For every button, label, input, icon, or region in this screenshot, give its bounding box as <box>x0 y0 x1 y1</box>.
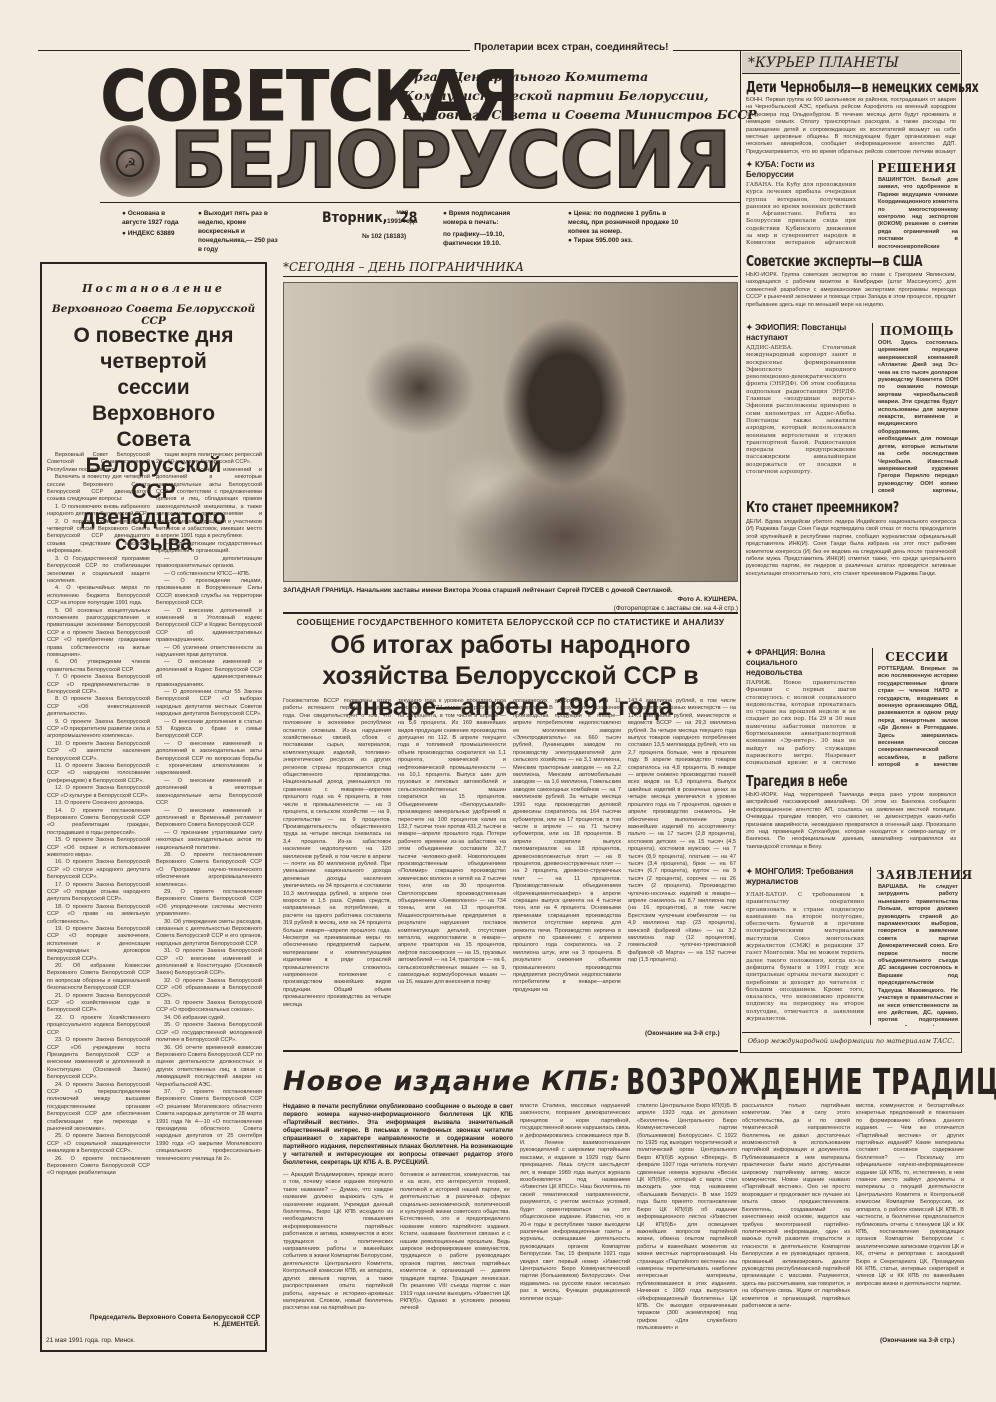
cuba-headline: КУБА: Гости из Белоруссии <box>746 160 856 180</box>
price-info: Цена: по подписке 1 рубль в месяц, при р… <box>568 209 683 245</box>
resolution-item: — О дополнении статьи 55 Закона Белорусс… <box>156 689 262 719</box>
resolution-item: 24. О проекте Закона Белорусской ССР «О … <box>47 1082 150 1134</box>
signed-schedule: по графику—19.10, <box>443 230 523 239</box>
order-emblem-icon: ☭ <box>100 125 160 197</box>
resolution-item: — О внесении изменений и дополнений в Ко… <box>156 659 262 689</box>
photo-caption: ЗАПАДНАЯ ГРАНИЦА. Начальник заставы имен… <box>283 586 738 613</box>
kpb-col4: ствляло Центральное Бюро КП(б)Б. В апрел… <box>637 1103 737 1343</box>
successor-text: ДЕЛИ. Вдова злодейски убитого лидера Инд… <box>746 519 956 593</box>
tragedy-headline: Трагедия в небе <box>746 772 847 790</box>
pomosch-text: ООН. Здесь состоялась церемония передачи… <box>878 340 958 495</box>
resolution-item: 36. Об отчете временной комиссии Верховн… <box>156 1045 262 1089</box>
chernobyl-headline: Дети Чернобыля—в немецких семьях <box>746 78 979 96</box>
stat-col1: Госкомстатом БССР подведены итоги работы… <box>283 698 391 1038</box>
organ-line: Верховного Совета и Совета Министров БСС… <box>403 105 757 124</box>
photo-kicker-rule <box>283 276 738 277</box>
resolution-item: Включить в повестку дня четвертой сессии… <box>47 474 150 504</box>
resolution-item: — О департизации государственных предпри… <box>156 541 262 556</box>
issue-number: № 102 (18183) <box>362 232 406 241</box>
bottom-rule <box>283 1050 738 1052</box>
signed-info: Время подписания номера в печать: по гра… <box>443 209 523 248</box>
photo-credit: Фото А. КУШНЕРА. <box>283 595 738 604</box>
resolution-item: 22. О проекте Хозяйственного процессуаль… <box>47 1015 150 1037</box>
resolution-item: 12. О проекте Закона Белорусской ССР «О … <box>47 785 150 800</box>
index-text: ИНДЕКС 63889 <box>122 229 190 238</box>
zayavleniya-headline: ЗАЯВЛЕНИЯ <box>876 868 958 882</box>
resolution-item: 27. О внесении изменений и дополнений в … <box>156 467 262 541</box>
ethiopia-headline: ЭФИОПИЯ: Повстанцы наступают <box>746 323 856 343</box>
france-text: ПАРИЖ. Новое правительство Франции с пер… <box>746 680 856 768</box>
resolution-item: 14. О проекте постановления Верховного С… <box>47 808 150 838</box>
experts-text: НЬЮ-ЙОРК. Группа советских экспертов во … <box>746 272 956 316</box>
resolution-col2: тации жертв политических репрессий 20—50… <box>156 452 262 1302</box>
resolution-item: — О внесении дополнения в статью 53 Коде… <box>156 719 262 741</box>
cuba-text: ГАВАНА. На Кубу для прохождения курса ле… <box>746 182 856 248</box>
resolution-item: 1. О полномочиях вновь избранного народн… <box>47 504 150 519</box>
resolution-item: 8. О проекте Закона Белорусской ССР «Об … <box>47 696 150 718</box>
kpb-col1: — Аркадий Владимирович, прежде всего о т… <box>283 1172 393 1342</box>
resolution-item: — О внесении изменений и дополнений в Вр… <box>156 808 262 830</box>
resolution-item: 29. О проекте постановления Верховного С… <box>156 889 262 919</box>
divider <box>872 160 873 248</box>
resolution-item: 15. О проекте Закона Белорусской ССР «Об… <box>47 837 150 859</box>
resolution-item: 11. О проекте Закона Белорусской ССР «О … <box>47 763 150 785</box>
publisher-organ: Орган Центрального Комитета Коммунистиче… <box>403 67 757 124</box>
experts-headline: Советские эксперты—в США <box>746 252 922 270</box>
photo-kicker: *СЕГОДНЯ – ДЕНЬ ПОГРАНИЧНИКА <box>283 260 524 274</box>
resolution-item: 16. О проекте Закона Белорусской ССР «О … <box>47 859 150 881</box>
sessii-headline: СЕССИИ <box>876 650 958 664</box>
founded-info: Основана в августе 1927 года ИНДЕКС 6388… <box>122 209 190 238</box>
stat-col4: 143,4 миллиона рублей, в том числе предп… <box>628 698 736 1026</box>
resolution-item: 7. О проекте Закона Белорусской ССР «О п… <box>47 674 150 696</box>
organ-line: Орган Центрального Комитета <box>403 67 757 86</box>
year: 1991 года <box>387 217 418 226</box>
resolution-item: — О прохождении лицами, призванными в Во… <box>156 578 262 608</box>
resolution-item: 28. О проекте постановления Верховного С… <box>156 852 262 889</box>
divider <box>872 648 873 766</box>
resolution-item: 30. Об утверждении сметы расходов, связа… <box>156 919 262 949</box>
resolution-item: 25. О проекте Закона Белорусской ССР «О … <box>47 1133 150 1155</box>
resolution-item: 21. О проекте Закона Белорусской ССР «О … <box>47 993 150 1015</box>
price-text: Цена: по подписке 1 рубль в месяц, при р… <box>568 209 683 236</box>
mongolia-text: УЛАН-БАТОР. С требованием к правительств… <box>746 892 864 1024</box>
motto: Пролетарии всех стран, соединяйтесь! <box>470 42 673 53</box>
france-headline: ФРАНЦИЯ: Волна социального недовольства <box>746 648 856 678</box>
kpb-lead: Недавно в печати республики опубликовано… <box>283 1103 513 1167</box>
tass-credit: Обзор международной информации по матери… <box>742 1032 960 1045</box>
resolution-item: Верховный Совет Белорусской Советской Со… <box>47 452 150 474</box>
mongolia-headline: МОНГОЛИЯ: Требования журналистов <box>746 867 864 887</box>
border-guard-photo <box>283 282 738 582</box>
resolution-item: — О внесении изменений и дополнений в не… <box>156 778 262 808</box>
kpb-col3: власти Сталина, массовых нарушений закон… <box>520 1103 630 1343</box>
weekday: Вторник, <box>322 210 387 226</box>
infobar-rule <box>100 202 740 203</box>
resolution-item: 18. О проекте Закона Белорусской ССР «О … <box>47 904 150 926</box>
resolution-item: 26. О проекте постановления Верховного С… <box>47 1156 150 1178</box>
signature: Председатель Верховного Совета Белорусск… <box>70 1314 260 1328</box>
svg-text:☭: ☭ <box>124 155 137 171</box>
successor-headline: Кто станет преемником? <box>746 498 899 516</box>
frequency-info: Выходит пять раз в неделю, кроме воскрес… <box>198 209 278 254</box>
resolution-item: 6. Об утверждении членов правительства Б… <box>47 659 150 674</box>
kpb-headline: Новое издание КПБ: ВОЗРОЖДЕНИЕ ТРАДИЦИЙ <box>283 1062 973 1103</box>
kpb-headline-part1: Новое издание КПБ: <box>283 1066 621 1097</box>
resolution-item: 19. О проекте Закона Белорусской ССР «О … <box>47 926 150 963</box>
resolution-item: — О деполитизации правоохранительных орг… <box>156 556 262 571</box>
resolution-item: 2. О порядке освещения работы четвертой … <box>47 519 150 556</box>
resheniya-text: ВАШИНГТОН. Белый дом заявил, что одобрен… <box>878 177 958 249</box>
stat-col2: текущего года к уровню прошлого года сни… <box>398 698 506 1038</box>
signed-actual: фактически 19.10. <box>443 239 523 248</box>
resolution-item: 3. О Государственной программе Белорусск… <box>47 556 150 586</box>
resolution-item: — О собственности КПСС—КПБ. <box>156 571 262 578</box>
resolution-item: 31. О проекте Закона Белорусской ССР «О … <box>156 948 262 978</box>
kpb-continued: (Окончание на 3-й стр.) <box>880 1337 955 1344</box>
resolution-item: 20. Об избрании Комиссии Верховного Сове… <box>47 963 150 993</box>
signature-title: Председатель Верховного Совета Белорусск… <box>70 1314 260 1321</box>
kpb-col5: рассылался только партийным комитетам. У… <box>742 1103 850 1343</box>
tragedy-text: НЬЮ-ЙОРК. Над территорией Таиланда вчера… <box>746 792 956 850</box>
kpb-headline-part2: ВОЗРОЖДЕНИЕ ТРАДИЦИЙ <box>626 1062 996 1103</box>
resolution-item: 37. О проекте постановления Верховного С… <box>156 1089 262 1163</box>
resolution-item: 33. О проекте Закона Белорусской ССР «О … <box>156 1000 262 1015</box>
resolution-kicker: Постановление <box>40 282 267 295</box>
resolution-item: 17. О проекте Закона Белорусской ССР «О … <box>47 882 150 904</box>
signed-label: Время подписания номера в печать: <box>443 209 523 227</box>
month-year: мая 1991 года <box>387 208 418 226</box>
resolution-item: 23. О проекте Закона Белорусской ССР «Об… <box>47 1037 150 1081</box>
signature-name: Н. ДЕМЕНТЕЙ. <box>70 1321 260 1328</box>
chernobyl-text: БОНН. Первая группа из 900 школьников из… <box>746 97 956 155</box>
signed-place-date: 21 мая 1991 года. гор. Минск. <box>46 1337 135 1344</box>
sessii-text: РОТТЕРДАМ. Впервые за всю послевоенную и… <box>878 666 958 768</box>
kpb-col6: вистов, коммунистов и беспартийных конкр… <box>856 1103 964 1333</box>
resolution-item: 9. О проекте Закона Белорусской ССР «О п… <box>47 719 150 741</box>
resolution-item: 32. О проекте Закона Белорусской ССР «Об… <box>156 978 262 1000</box>
resolution-item: 13. О проекте Союзного договора. <box>47 800 150 807</box>
resolution-item: — Об усилении ответственности за нарушен… <box>156 645 262 660</box>
newspaper-title-line2: БЕЛОРУССИЯ <box>170 122 730 200</box>
divider <box>870 867 871 1025</box>
stat-continued: (Окончание на 3-й стр.) <box>645 1030 720 1037</box>
stat-col3: органических удобрений — на 11 процентов… <box>513 698 621 1038</box>
divider <box>872 323 873 493</box>
resolution-item: — О внесении изменений и дополнений в за… <box>156 741 262 778</box>
resolution-item: 5. Об основных концептуальных положениях… <box>47 608 150 660</box>
kurier-section-title: *КУРЬЕР ПЛАНЕТЫ <box>742 52 960 74</box>
pomosch-headline: ПОМОЩЬ <box>876 324 958 338</box>
caption-text: ЗАПАДНАЯ ГРАНИЦА. Начальник заставы имен… <box>283 586 738 595</box>
month: мая <box>387 208 418 217</box>
resolution-item: 10. О проекте Закона Белорусской ССР «О … <box>47 741 150 763</box>
ethiopia-text: АДДИС-АБЕБА. Столичный международный аэр… <box>746 345 856 495</box>
resolution-col1: Верховный Совет Белорусской Советской Со… <box>47 452 150 1302</box>
zayavleniya-text: ВАРШАВА. Не следует затруднять работу ны… <box>878 884 958 1026</box>
organ-line: Коммунистической партии Белоруссии, <box>403 86 757 105</box>
resolution-item: — О внесении дополнений и изменений в Уг… <box>156 608 262 645</box>
founded-text: Основана в августе 1927 года <box>122 209 190 227</box>
resolution-item: — О признании утратившими силу некоторых… <box>156 830 262 852</box>
resolution-item: 4. О чрезвычайных мерах по исполнению бю… <box>47 585 150 607</box>
circulation-text: Тираж 595.000 экз. <box>568 236 683 245</box>
resheniya-headline: РЕШЕНИЯ <box>876 161 958 175</box>
resolution-item: тации жертв политических репрессий 20—50… <box>156 452 262 467</box>
stat-article-rule <box>283 612 738 614</box>
stat-kicker: СООБЩЕНИЕ ГОСУДАРСТВЕННОГО КОМИТЕТА БЕЛО… <box>283 618 738 627</box>
kpb-col2: ботников и активистов, коммунистов, так … <box>400 1172 510 1342</box>
resolution-item: 35. О проекте Закона Белорусской ССР «О … <box>156 1022 262 1044</box>
frequency-text: Выходит пять раз в неделю, кроме воскрес… <box>198 209 278 254</box>
